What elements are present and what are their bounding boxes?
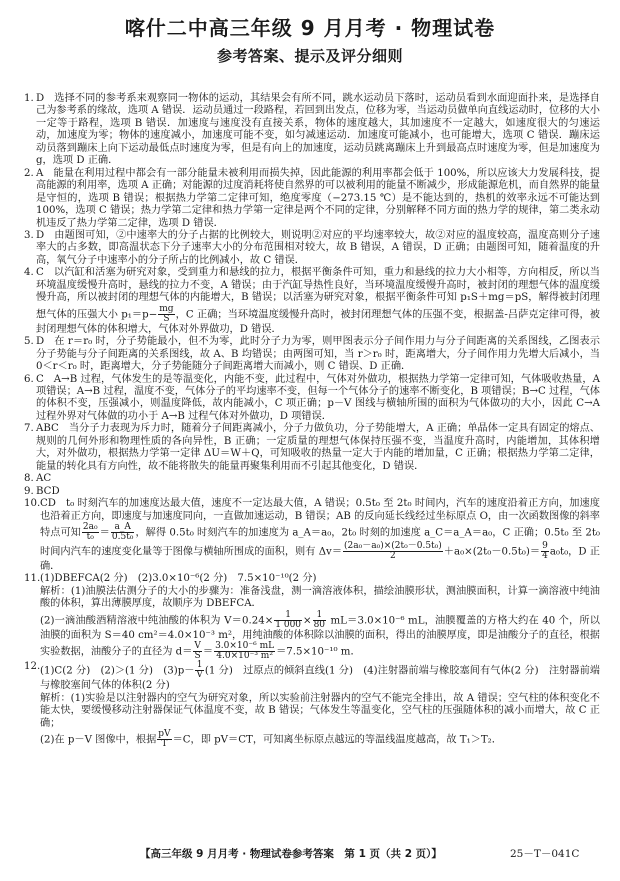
fraction: 11 000 — [274, 611, 302, 630]
analysis-text: ＝C，即 pV＝CT，可知离坐标原点越远的等温线温度越高，故 T₁＞T₂． — [173, 735, 502, 746]
answer-choice: CD — [40, 498, 56, 509]
answer-explanation: 当分子力表现为斥力时，随着分子间距离减小，分子力做负功，分子势能增大，A 正确；… — [36, 423, 600, 471]
question-number: 10. — [24, 498, 40, 510]
analysis-text: (2)在 p－V 图像中，根据 — [40, 735, 156, 746]
question-number: 7. — [24, 423, 34, 435]
analysis-part-1: 解析：(1)实验是以注射器内的空气为研究对象，所以实验前注射器内的空气不能完全排… — [40, 693, 600, 730]
answer-item-7: 7. ABC当分子力表现为斥力时，随着分子间距离减小，分子力做负功，分子势能增大… — [24, 423, 600, 473]
analysis-text: (2)一滴油酸酒精溶液中纯油酸的体积为 V＝0.24× — [40, 615, 273, 626]
fraction: mgS — [158, 305, 174, 324]
fraction: VS — [193, 642, 202, 661]
question-number: 11. — [24, 573, 40, 585]
answer-item-11: 11. (1)DBEFCA(2 分) (2)3.0×10⁻⁶(2 分) 7.5×… — [24, 573, 600, 661]
equals-sign: ＝ — [203, 647, 213, 658]
answer-item-10: 10. CDt₀ 时刻汽车的加速度达最大值，速度不一定达最大值，A 错误；0.5… — [24, 498, 600, 573]
answer-explanation: A→B 过程，气体发生的是等温变化，内能不变，此过程中，气体对外做功，根据热力学… — [36, 374, 600, 422]
question-number: 3. — [24, 230, 34, 242]
answer-choice: D — [36, 336, 44, 347]
analysis-part-2: (2)在 p－V 图像中，根据pVT＝C，即 pV＝CT，可知离坐标原点越远的等… — [40, 730, 600, 749]
document-title: 喀什二中高三年级 9 月月考 · 物理试卷 — [0, 12, 620, 41]
fraction: 180 — [313, 611, 326, 630]
answer-choice: A — [36, 168, 43, 179]
fraction: 94 — [541, 542, 549, 561]
summary-text: (1)C(2 分) (2)＞(1 分) (3)p－ — [40, 666, 194, 677]
answer-item-2: 2. A能量在利用过程中都会有一部分能量未被利用而损失掉，因此能源的利用率都会低… — [24, 168, 600, 230]
footer-doc-code: 25－T－041C — [510, 846, 579, 861]
answer-item-4: 4. C以汽缸和活塞为研究对象，受到重力和悬线的拉力，根据平衡条件可知，重力和悬… — [24, 267, 600, 336]
answer-choice: D — [36, 230, 44, 241]
answer-explanation: 由题图可知，②中速率大的分子占据的比例较大，则说明②对应的平均速率较大，故②对应… — [36, 230, 600, 266]
fraction: a_A0.5t₀ — [111, 523, 135, 542]
fraction: (2a₀－a₀)×(2t₀－0.5t₀)2 — [343, 542, 443, 561]
answer-item-8: 8. AC — [24, 473, 600, 485]
fraction: 1V — [195, 661, 204, 680]
question-number: 5. — [24, 336, 34, 348]
answer-choice: BCD — [36, 486, 60, 497]
answer-choice: AC — [36, 473, 51, 484]
question-number: 8. — [24, 473, 34, 485]
question-number: 12. — [24, 661, 40, 673]
answer-explanation: 能量在利用过程中都会有一部分能量未被利用而损失掉，因此能源的利用率都会低于 10… — [36, 168, 600, 229]
answer-list: 1. D选择不同的参考系来观察同一物体的运动，其结果会有所不同，跳水运动员下落时… — [24, 93, 600, 749]
answer-summary: (1)DBEFCA(2 分) (2)3.0×10⁻⁶(2 分) 7.5×10⁻¹… — [40, 573, 600, 585]
question-number: 2. — [24, 168, 34, 180]
equals-sign: ＝ — [100, 527, 110, 538]
answer-choice: ABC — [36, 423, 59, 434]
answer-choice: C — [36, 374, 44, 385]
fraction: 3.0×10⁻⁶ mL4.0×10⁻³ m² — [214, 642, 275, 661]
analysis-text: ＝7.5×10⁻¹⁰ m． — [276, 647, 361, 658]
question-number: 1. — [24, 93, 34, 105]
question-number: 4. — [24, 267, 34, 279]
answer-item-9: 9. BCD — [24, 486, 600, 498]
answer-explanation: 选择不同的参考系来观察同一物体的运动，其结果会有所不同，跳水运动员下落时，运动员… — [36, 93, 600, 166]
answer-choice: D — [36, 93, 44, 104]
answer-choice: C — [36, 267, 44, 278]
answer-explanation: 在 r＝r₀ 时，分子势能最小，但不为零，此时分子力为零，则甲图表示分子间作用力… — [36, 336, 600, 372]
answer-summary: (1)C(2 分) (2)＞(1 分) (3)p－1V(1 分) 过原点的倾斜直… — [40, 661, 600, 692]
answer-explanation-cont: ＋a₀×(2t₀－0.5t₀)＝ — [444, 546, 540, 557]
document-subtitle: 参考答案、提示及评分细则 — [0, 45, 620, 66]
answer-item-6: 6. CA→B 过程，气体发生的是等温变化，内能不变，此过程中，气体对外做功，根… — [24, 374, 600, 424]
fraction: 2a₀t₀ — [82, 523, 99, 542]
times-sign: × — [303, 615, 312, 626]
fraction: pVT — [157, 730, 171, 749]
answer-item-1: 1. D选择不同的参考系来观察同一物体的运动，其结果会有所不同，跳水运动员下落时… — [24, 93, 600, 168]
analysis-part-2: (2)一滴油酸酒精溶液中纯油酸的体积为 V＝0.24×11 000×180 mL… — [40, 611, 600, 661]
question-number: 9. — [24, 486, 34, 498]
answer-item-12: 12. (1)C(2 分) (2)＞(1 分) (3)p－1V(1 分) 过原点… — [24, 661, 600, 749]
question-number: 6. — [24, 374, 34, 386]
answer-item-5: 5. D在 r＝r₀ 时，分子势能最小，但不为零，此时分子力为零，则甲图表示分子… — [24, 336, 600, 373]
answer-item-3: 3. D由题图可知，②中速率大的分子占据的比例较大，则说明②对应的平均速率较大，… — [24, 230, 600, 267]
analysis-part-1: 解析：(1)油膜法估测分子的大小的步骤为：准备浅盘，测一滴溶液体积，描绘油膜形状… — [40, 586, 600, 611]
footer-page-info: 【高三年级 9 月月考 · 物理试卷参考答案 第 1 页（共 2 页）】 — [140, 846, 442, 861]
